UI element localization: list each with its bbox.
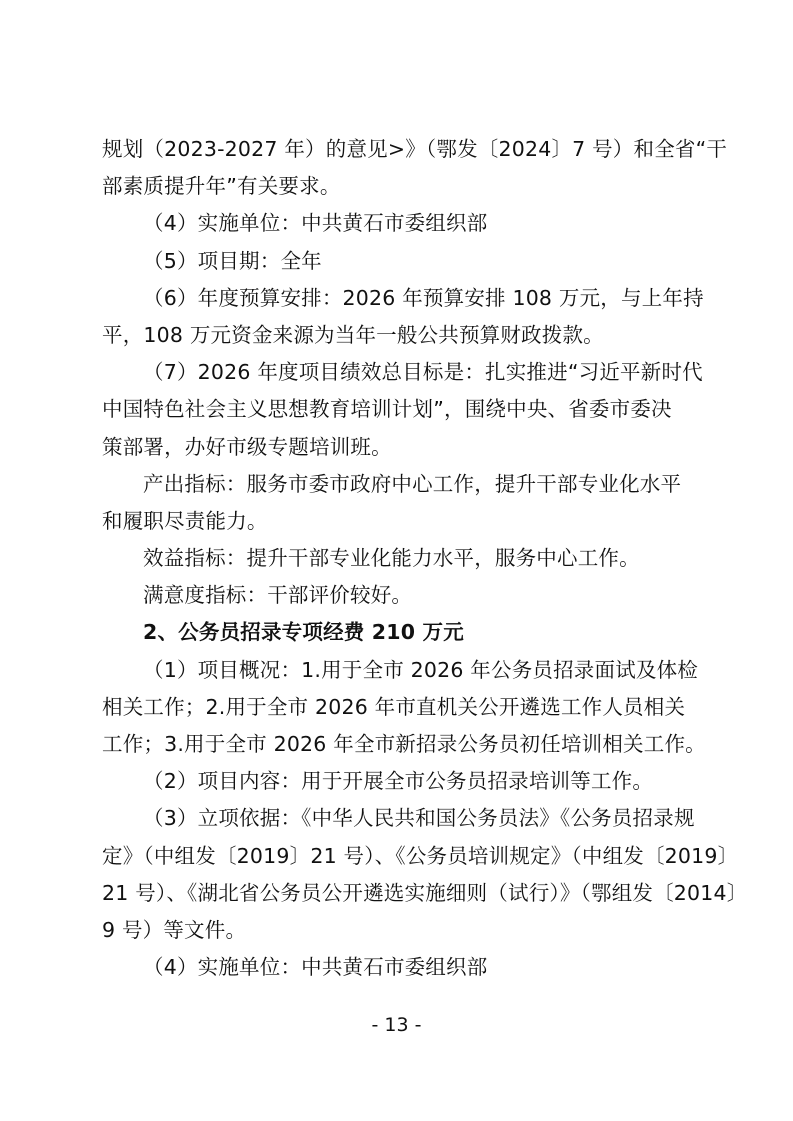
text-line: （3）立项依据：《中华人民共和国公务员法》《公务员招录规 bbox=[102, 800, 690, 837]
text-line: （6）年度预算安排：2026 年预算安排 108 万元，与上年持 bbox=[102, 280, 690, 317]
text-line: （4）实施单位：中共黄石市委组织部 bbox=[102, 205, 690, 242]
text-line: （1）项目概况：1.用于全市 2026 年公务员招录面试及体检 bbox=[102, 652, 690, 689]
text-line: （5）项目期：全年 bbox=[102, 243, 690, 280]
text-line: 产出指标：服务市委市政府中心工作，提升干部专业化水平 bbox=[102, 466, 690, 503]
text-line: 平，108 万元资金来源为当年一般公共预算财政拨款。 bbox=[102, 317, 690, 354]
text-line: 满意度指标：干部评价较好。 bbox=[102, 577, 690, 614]
text-line: 中国特色社会主义思想教育培训计划”，围绕中央、省委市委决 bbox=[102, 391, 690, 428]
text-line: 部素质提升年”有关要求。 bbox=[102, 168, 690, 205]
text-line: （2）项目内容：用于开展全市公务员招录培训等工作。 bbox=[102, 763, 690, 800]
text-line: 21 号）、《湖北省公务员公开遴选实施细则（试行）》（鄂组发〔2014〕 bbox=[102, 875, 690, 912]
document-body: 规划（2023-2027 年）的意见>》（鄂发〔2024〕7 号）和全省“干 部… bbox=[102, 131, 690, 986]
text-line: 效益指标：提升干部专业化能力水平，服务中心工作。 bbox=[102, 540, 690, 577]
text-line: 相关工作；2.用于全市 2026 年市直机关公开遴选工作人员相关 bbox=[102, 689, 690, 726]
text-line: 定》（中组发〔2019〕21 号）、《公务员培训规定》（中组发〔2019〕 bbox=[102, 838, 690, 875]
text-line: 和履职尽责能力。 bbox=[102, 503, 690, 540]
text-line: 策部署，办好市级专题培训班。 bbox=[102, 429, 690, 466]
page-number: - 13 - bbox=[0, 1014, 793, 1036]
text-line: （7）2026 年度项目绩效总目标是：扎实推进“习近平新时代 bbox=[102, 354, 690, 391]
text-line: 9 号）等文件。 bbox=[102, 912, 690, 949]
section-heading: 2、公务员招录专项经费 210 万元 bbox=[102, 614, 690, 651]
text-line: 规划（2023-2027 年）的意见>》（鄂发〔2024〕7 号）和全省“干 bbox=[102, 131, 690, 168]
text-line: 工作；3.用于全市 2026 年全市新招录公务员初任培训相关工作。 bbox=[102, 726, 690, 763]
text-line: （4）实施单位：中共黄石市委组织部 bbox=[102, 949, 690, 986]
